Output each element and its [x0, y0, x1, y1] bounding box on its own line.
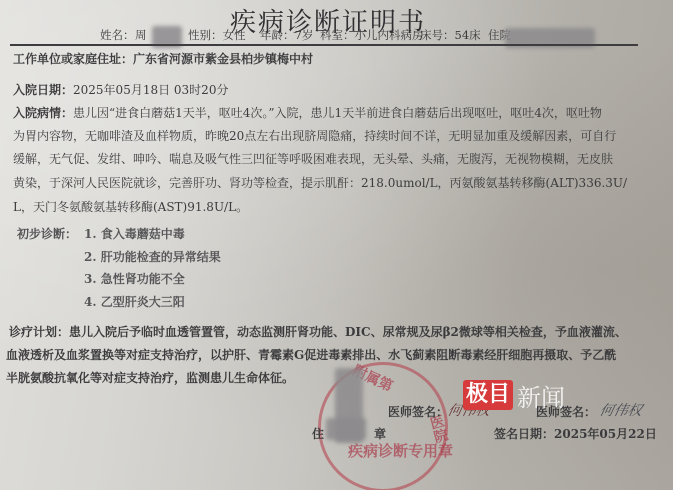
admission-date-row: 入院日期：2025年05月18日 03时20分: [13, 81, 228, 98]
sign-date-row: 签名日期：2025年05月22日: [494, 425, 657, 442]
diagnosis-item: 1. 食入毒蘑菇中毒: [84, 225, 185, 242]
address-label: 工作单位或家庭住址：: [13, 52, 133, 66]
watermark-logo-box: 极目: [463, 380, 513, 410]
department-field: 科室：小儿内科病房: [320, 27, 424, 43]
plan-line-1: 诊疗计划：患儿入院后予临时血透管置管，动态监测肝肾功能、DIC、尿常规及尿β2微…: [9, 323, 627, 340]
diagnosis-item: 4. 乙型肝炎大三阳: [84, 293, 185, 310]
condition-line-5: L，天门冬氨酸氨基转移酶(AST)91.8U/L。: [13, 198, 248, 215]
condition-label: 入院病情：: [13, 106, 73, 120]
diagnosis-item: 2. 肝功能检查的异常结果: [84, 248, 221, 265]
header-underline: [10, 44, 638, 46]
diagnosis-item: 3. 急性肾功能不全: [84, 270, 185, 287]
watermark-text: 新闻: [517, 378, 565, 413]
stamp-label-head: 住: [312, 425, 324, 442]
seal-bottom-text: 疾病诊断专用章: [348, 440, 453, 461]
plan-line-2: 血液透析及血浆置换等对症支持治疗，以护肝、青霉素G促进毒素排出、水飞蓟素阻断毒素…: [6, 346, 616, 363]
plan-label: 诊疗计划：: [9, 325, 69, 339]
address-value: 广东省河源市紫金县柏步镇梅中村: [133, 52, 313, 66]
condition-line-4: 黄染，于深河人民医院就诊，完善肝功、肾功等检查，提示肌酐：218.0umol/L…: [13, 174, 627, 191]
doctor-signature-2: 何伟权: [598, 400, 644, 420]
sign-date-label: 签名日期：: [494, 427, 554, 441]
redacted-stamp-label: [326, 418, 366, 440]
sign-date-value: 2025年05月22日: [554, 427, 657, 441]
address-row: 工作单位或家庭住址：广东省河源市紫金县柏步镇梅中村: [13, 50, 313, 67]
diagnosis-label: 初步诊断：: [17, 225, 77, 242]
age-field: 年龄：7岁: [260, 27, 313, 43]
condition-line-3: 缓解，无气促、发绀、呻吟、喘息及吸气性三凹征等呼吸困难表现，无头晕、头痛，无腹泻…: [13, 150, 613, 167]
admission-date-value: 2025年05月18日 03时20分: [73, 83, 228, 97]
bed-field: 床号：54床: [420, 27, 481, 43]
condition-line-2: 为胃内容物，无咖啡渣及血样物质，昨晚20点左右出现脐周隐痛，持续时间不详，无明显…: [13, 127, 616, 144]
condition-line-1: 入院病情：患儿因“进食白蘑菇1天半，呕吐4次。”入院，患儿1天半前进食白蘑菇后出…: [13, 104, 602, 121]
plan-line-3: 半胱氨酸抗氧化等对症支持治疗，监测患儿生命体征。: [6, 369, 294, 386]
name-value: 周: [135, 27, 147, 43]
name-label: 姓名：: [100, 27, 135, 43]
news-watermark: 极目 新闻: [463, 380, 565, 410]
gender-field: 性别：女性: [188, 27, 246, 43]
admission-date-label: 入院日期：: [13, 83, 73, 97]
doctor-signature-label-1: 医师签名：: [388, 403, 448, 420]
stamp-label-tail: 章: [374, 425, 386, 442]
